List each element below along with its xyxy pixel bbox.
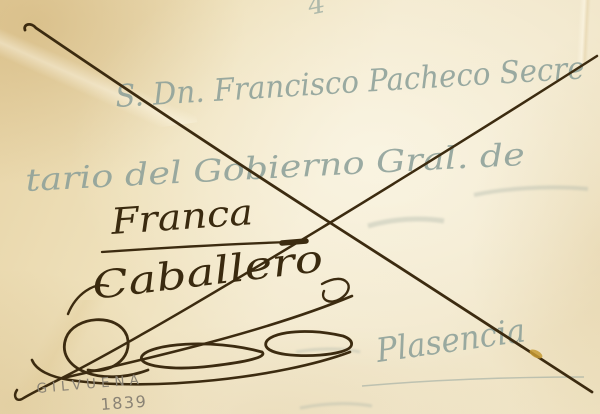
rate-mark: 4 xyxy=(304,0,328,22)
pencil-annotation: GILVUENA 1839 xyxy=(36,372,148,414)
collector-mark-year: 1839 xyxy=(100,392,148,414)
destination-name: Plasencia xyxy=(373,310,528,370)
signature-rubric xyxy=(32,296,352,384)
letter-cover-scan: 4 S. Dn. Francisco Pacheco Secre tario d… xyxy=(0,0,600,414)
cover-markings: 4 S. Dn. Francisco Pacheco Secre tario d… xyxy=(0,0,600,414)
ink-bleed-smudge xyxy=(296,187,588,408)
address-line-2: tario del Gobierno Gral. de xyxy=(25,137,526,199)
destination-underline xyxy=(362,377,584,386)
franca-label: Franca xyxy=(109,192,255,243)
address-line-1: S. Dn. Francisco Pacheco Secre xyxy=(114,50,585,115)
